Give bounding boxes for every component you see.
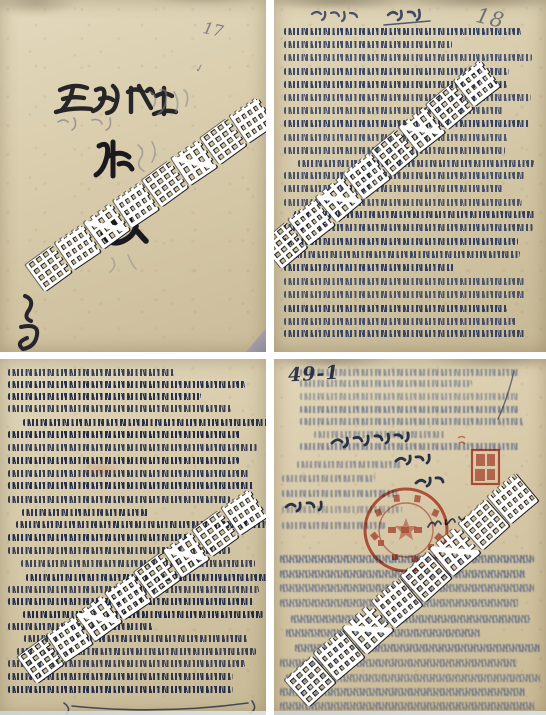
handwritten-line [280, 584, 534, 592]
handwritten-line [314, 431, 445, 438]
handwritten-line [280, 659, 517, 667]
handwritten-line [17, 648, 256, 655]
handwritten-line [8, 686, 233, 693]
handwritten-line [280, 599, 518, 607]
scan-edge-strip [274, 711, 546, 715]
watermark-glyph [200, 119, 246, 165]
scan-edge-strip [0, 711, 266, 715]
handwritten-line [8, 444, 257, 451]
signature-strokes [20, 296, 37, 349]
watermark-glyph [171, 140, 217, 186]
handwritten-line [8, 496, 230, 503]
handwritten-line [284, 199, 522, 206]
watermark-text: 灌云县档案馆馆藏 [26, 227, 84, 274]
handwritten-line [8, 431, 241, 438]
handwritten-line [22, 509, 150, 516]
scan-smudge [0, 0, 80, 16]
handwritten-line [284, 107, 504, 114]
handwritten-line [300, 443, 519, 450]
handwritten-line [284, 54, 532, 61]
page-header-text: 五好材料 [274, 0, 306, 11]
handwritten-lines-block [282, 461, 410, 541]
handwritten-line [282, 490, 397, 497]
handwritten-lines-block [280, 555, 538, 707]
handwritten-line [284, 291, 526, 298]
handwritten-line [284, 134, 508, 141]
handwritten-line [284, 41, 452, 48]
handwritten-line [284, 318, 516, 325]
handwritten-line [286, 674, 541, 682]
handwritten-line [284, 147, 505, 154]
handwritten-line [8, 405, 231, 412]
fold-corner [246, 328, 266, 352]
watermark-glyph [26, 246, 72, 292]
watermark-glyph-row [26, 97, 266, 291]
handwritten-line [284, 185, 504, 192]
watermark-glyph [488, 473, 539, 524]
corner-mark: 49-1 [287, 362, 340, 387]
handwritten-line [16, 521, 266, 528]
watermark-glyph [113, 182, 159, 228]
handwritten-line [23, 611, 263, 618]
handwritten-lines-block [8, 369, 260, 707]
handwritten-line [23, 419, 266, 426]
watermark-glyph [142, 161, 188, 207]
scan-smudge [274, 0, 412, 10]
handwritten-line [8, 369, 174, 376]
handwritten-line [284, 120, 529, 127]
handwritten-line [8, 547, 230, 554]
handwritten-line [298, 160, 534, 167]
handwritten-line [291, 615, 530, 623]
handwritten-line [8, 470, 249, 477]
handwritten-line [8, 393, 201, 400]
handwritten-line [300, 418, 524, 425]
red-ink-smear [78, 461, 124, 477]
handwritten-line [8, 598, 253, 605]
calligraphy-title-text: 五好战士 [0, 0, 32, 11]
handwritten-lines-block [284, 28, 538, 348]
handwritten-line [284, 81, 507, 88]
scanned-documents-collage: 五好战士 [0, 0, 546, 715]
handwritten-line [280, 570, 525, 578]
watermark-glyph [84, 203, 130, 249]
handwritten-line [286, 629, 479, 637]
corner-mark: 17 [201, 18, 225, 41]
handwritten-line [300, 393, 520, 400]
document-page-cover: 五好战士 [0, 0, 266, 352]
watermark-glyph [230, 98, 266, 144]
handwritten-line [8, 534, 193, 541]
handwritten-line [8, 673, 233, 680]
handwritten-line [8, 482, 254, 489]
handwritten-line [284, 305, 507, 312]
scan-smudge [150, 0, 260, 6]
document-page-49-1: 49-1 灌云县档案馆馆藏 [274, 359, 546, 715]
handwritten-line [282, 475, 375, 482]
handwritten-line [280, 688, 525, 696]
handwritten-line [294, 211, 535, 218]
handwritten-line [284, 94, 531, 101]
handwritten-line [21, 560, 255, 567]
handwritten-line [284, 330, 526, 337]
handwritten-line [284, 68, 509, 75]
handwritten-line [282, 506, 402, 513]
handwritten-line [300, 406, 520, 413]
handwritten-line [24, 635, 248, 642]
handwritten-line [284, 172, 525, 179]
watermark-glyph [55, 224, 101, 270]
handwritten-line [8, 660, 245, 667]
document-page-text: 灌云县档案馆馆藏 [0, 359, 266, 715]
pencil-scribble [150, 90, 188, 114]
scan-smudge [424, 359, 546, 369]
handwritten-line [8, 381, 245, 388]
underlined-name-scribble [388, 10, 420, 20]
check-mark: ✓ [194, 61, 205, 75]
handwritten-line [284, 238, 518, 245]
handwritten-line [26, 574, 266, 581]
scan-smudge [394, 0, 546, 10]
handwritten-line [295, 644, 540, 652]
archive-watermark: 灌云县档案馆馆藏 [26, 97, 266, 291]
calligraphy-strokes [0, 0, 266, 352]
handwritten-line [8, 623, 153, 630]
document-page-18: 五好材料 18 灌云县档案馆馆藏 [274, 0, 546, 352]
handwritten-line [284, 278, 524, 285]
handwritten-line [280, 555, 534, 563]
handwritten-line [8, 586, 259, 593]
handwritten-line [282, 522, 385, 529]
handwritten-line [291, 251, 520, 258]
watermark-glyph [459, 499, 510, 550]
handwritten-line [284, 224, 533, 231]
handwritten-line [284, 264, 454, 271]
handwritten-line [280, 702, 535, 710]
handwritten-line [297, 461, 402, 468]
